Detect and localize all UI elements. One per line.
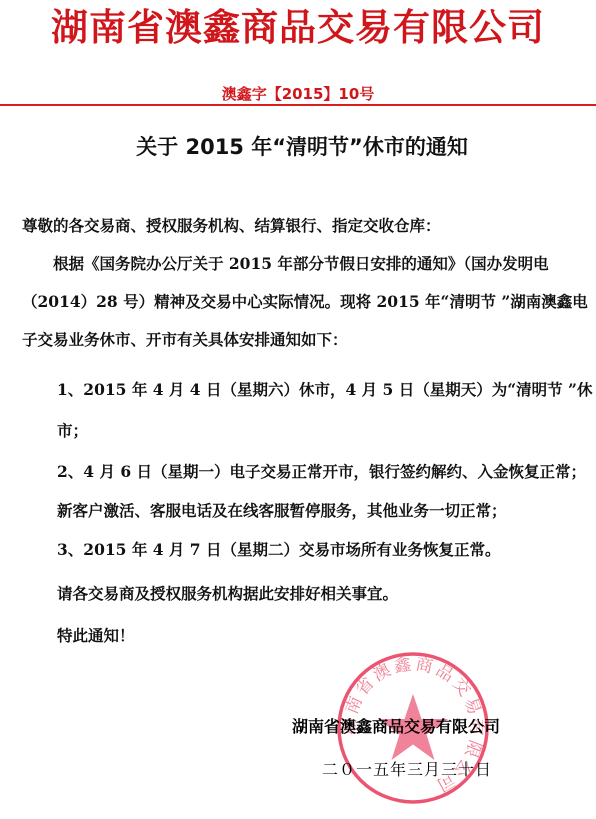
paragraph1-line2: （2014）28 号）精神及交易中心实际情况。现将 2015 年“清明节 ”湖南… bbox=[22, 292, 588, 312]
paragraph1-line3: 子交易业务休市、开市有关具体安排通知如下： bbox=[22, 330, 348, 350]
letterhead-red-rule bbox=[0, 104, 596, 106]
item-1-line2: 市； bbox=[57, 421, 88, 441]
letterhead-company-name: 湖南省澳鑫商品交易有限公司 bbox=[0, 6, 596, 50]
request-line: 请各交易商及授权服务机构据此安排好相关事宜。 bbox=[57, 584, 398, 604]
signature-date: 二０一五年三月三十日 bbox=[322, 759, 492, 781]
notice-title: 关于 2015 年“清明节”休市的通知 bbox=[0, 133, 596, 161]
item-2-line2: 新客户激活、客服电话及在线客服暂停服务，其他业务一切正常； bbox=[57, 501, 507, 521]
closing-line: 特此通知！ bbox=[57, 626, 135, 646]
signature-company: 湖南省澳鑫商品交易有限公司 bbox=[292, 716, 500, 738]
item-2-line1: 2、4 月 6 日（星期一）电子交易正常开市，银行签约解约、入金恢复正常； bbox=[57, 462, 586, 482]
paragraph1-line1: 根据《国务院办公厅关于 2015 年部分节假日安排的通知》（国办发明电 bbox=[53, 254, 549, 274]
item-3-line1: 3、2015 年 4 月 7 日（星期二）交易市场所有业务恢复正常。 bbox=[57, 540, 500, 560]
document-number: 澳鑫字【2015】10号 bbox=[0, 84, 596, 104]
salutation: 尊敬的各交易商、授权服务机构、结算银行、指定交收仓库： bbox=[22, 216, 441, 236]
item-1-line1: 1、2015 年 4 月 4 日（星期六）休市，4 月 5 日（星期天）为“清明… bbox=[57, 380, 592, 400]
